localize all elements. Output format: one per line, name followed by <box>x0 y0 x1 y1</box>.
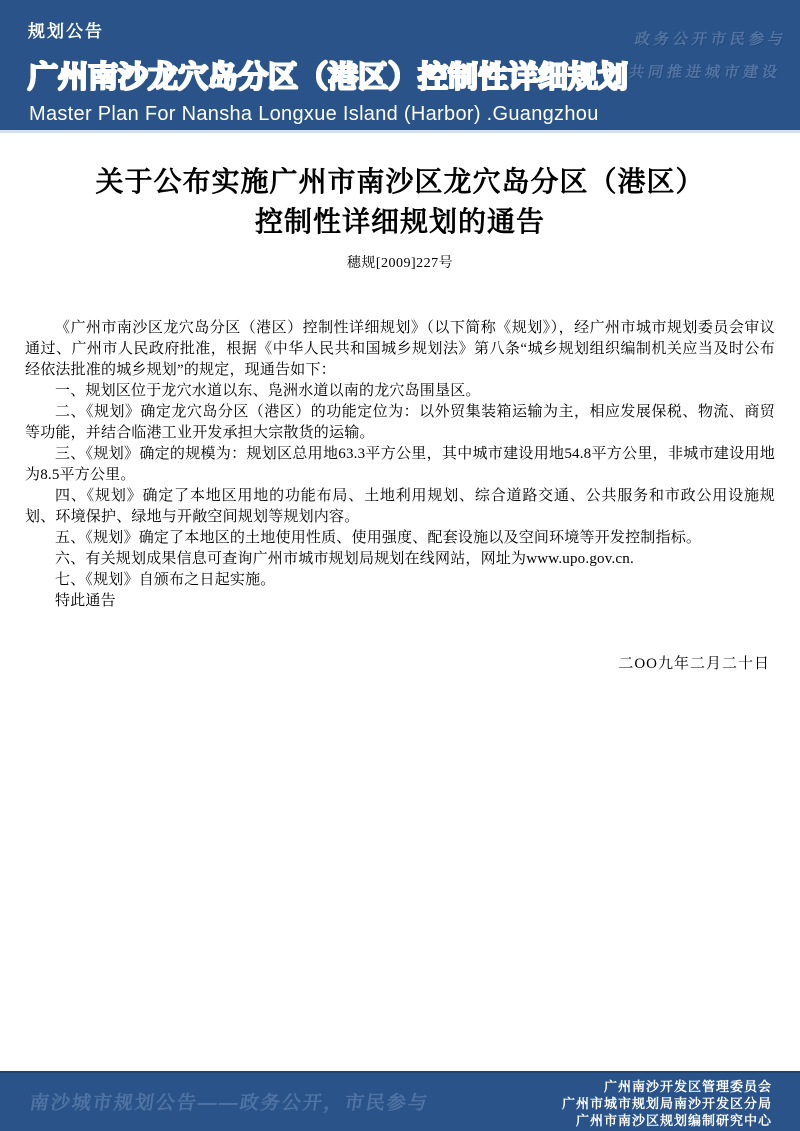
footer-banner: 南沙城市规划公告——政务公开，市民参与 广州南沙开发区管理委员会 广州市城市规划… <box>0 1071 800 1131</box>
banner-slogans: 政务公开市民参与 共同推进城市建设 <box>626 23 790 89</box>
banner-title-english: Master Plan For Nansha Longxue Island (H… <box>29 103 599 126</box>
footer-org-3: 广州市南沙区规划编制研究中心 <box>562 1112 772 1129</box>
document-number: 穗规[2009]227号 <box>25 252 775 272</box>
paragraph-item-3: 三、《规划》确定的规模为：规划区总用地63.3平方公里，其中城市建设用地54.8… <box>25 444 775 486</box>
date-line: 二OO九年二月二十日 <box>25 652 775 673</box>
paragraph-item-4: 四、《规划》确定了本地区用地的功能布局、土地利用规划、综合道路交通、公共服务和市… <box>25 486 775 528</box>
closing-line: 特此通告 <box>25 591 775 612</box>
banner-slogan-line2: 共同推进城市建设 <box>626 56 784 89</box>
banner-slogan-line1: 政务公开市民参与 <box>632 23 790 56</box>
footer-slogan: 南沙城市规划公告——政务公开，市民参与 <box>28 1088 431 1115</box>
notice-page: 规划公告 政务公开市民参与 共同推进城市建设 广州南沙龙穴岛分区（港区）控制性详… <box>0 0 800 1131</box>
paragraph-item-6: 六、有关规划成果信息可查询广州市城市规划局规划在线网站，网址为www.upo.g… <box>25 549 775 570</box>
notice-title: 关于公布实施广州市南沙区龙穴岛分区（港区） 控制性详细规划的通告 <box>25 163 775 243</box>
paragraph-item-1: 一、规划区位于龙穴水道以东、凫洲水道以南的龙穴岛围垦区。 <box>25 381 775 402</box>
paragraph-item-7: 七、《规划》自颁布之日起实施。 <box>25 570 775 591</box>
notice-title-line2: 控制性详细规划的通告 <box>255 207 545 238</box>
footer-organizations: 广州南沙开发区管理委员会 广州市城市规划局南沙开发区分局 广州市南沙区规划编制研… <box>562 1078 772 1129</box>
notice-content: 关于公布实施广州市南沙区龙穴岛分区（港区） 控制性详细规划的通告 穗规[2009… <box>0 163 800 673</box>
banner-title-chinese: 广州南沙龙穴岛分区（港区）控制性详细规划 <box>28 52 628 96</box>
notice-title-line1: 关于公布实施广州市南沙区龙穴岛分区（港区） <box>95 167 704 198</box>
footer-org-2: 广州市城市规划局南沙开发区分局 <box>562 1095 772 1112</box>
banner-tag: 规划公告 <box>28 17 104 42</box>
header-banner: 规划公告 政务公开市民参与 共同推进城市建设 广州南沙龙穴岛分区（港区）控制性详… <box>0 0 800 133</box>
paragraph-item-5: 五、《规划》确定了本地区的土地使用性质、使用强度、配套设施以及空间环境等开发控制… <box>25 528 775 549</box>
notice-paragraphs: 《广州市南沙区龙穴岛分区（港区）控制性详细规划》（以下简称《规划》），经广州市城… <box>25 318 775 612</box>
paragraph-intro: 《广州市南沙区龙穴岛分区（港区）控制性详细规划》（以下简称《规划》），经广州市城… <box>25 318 775 381</box>
footer-org-1: 广州南沙开发区管理委员会 <box>562 1078 772 1095</box>
paragraph-item-2: 二、《规划》确定龙穴岛分区（港区）的功能定位为：以外贸集装箱运输为主，相应发展保… <box>25 402 775 444</box>
